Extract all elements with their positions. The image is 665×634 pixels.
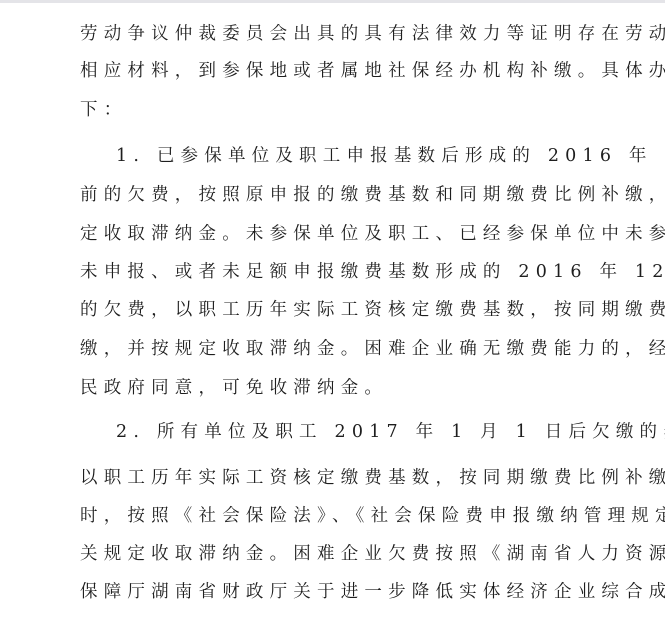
document-page: 劳动争议仲裁委员会出具的具有法律效力等证明存在劳动关系的 相应材料，到参保地或者… <box>0 0 665 634</box>
text-line: 保障厅湖南省财政厅关于进一步降低实体经济企业综合成本企业 <box>80 582 608 602</box>
text-line: 缴，并按规定收取滞纳金。困难企业确无缴费能力的，经同级人 <box>80 339 608 359</box>
text-line: 时，按照《社会保险法》、《社会保险费申报缴纳管理规定》等相 <box>80 506 608 526</box>
text-line: 定收取滞纳金。未参保单位及职工、已经参保单位中未参保职工 <box>80 224 608 244</box>
text-line: 民政府同意，可免收滞纳金。 <box>80 378 608 398</box>
list-item-2-text: 2. 所有单位及职工 2017 年 1 月 1 日后欠缴的养老保险费， <box>116 422 608 442</box>
text-line: 相应材料，到参保地或者属地社保经办机构补缴。具体办法如 <box>80 61 608 81</box>
text-line: 下： <box>80 100 608 120</box>
text-line: 未申报、或者未足额申报缴费基数形成的 2016 年 12 月 31 日前 <box>80 262 608 282</box>
text-line: 劳动争议仲裁委员会出具的具有法律效力等证明存在劳动关系的 <box>80 24 608 44</box>
text-line: 以职工历年实际工资核定缴费基数，按同期缴费比例补缴，同 <box>80 468 608 488</box>
list-item-1-text: 1. 已参保单位及职工申报基数后形成的 2016 年 12 月 31 日 <box>116 146 608 166</box>
text-line: 的欠费，以职工历年实际工资核定缴费基数，按同期缴费比例补 <box>80 300 608 320</box>
text-line: 关规定收取滞纳金。困难企业欠费按照《湖南省人力资源和社会 <box>80 544 608 564</box>
text-line: 前的欠费，按照原申报的缴费基数和同期缴费比例补缴，并按规 <box>80 185 608 205</box>
